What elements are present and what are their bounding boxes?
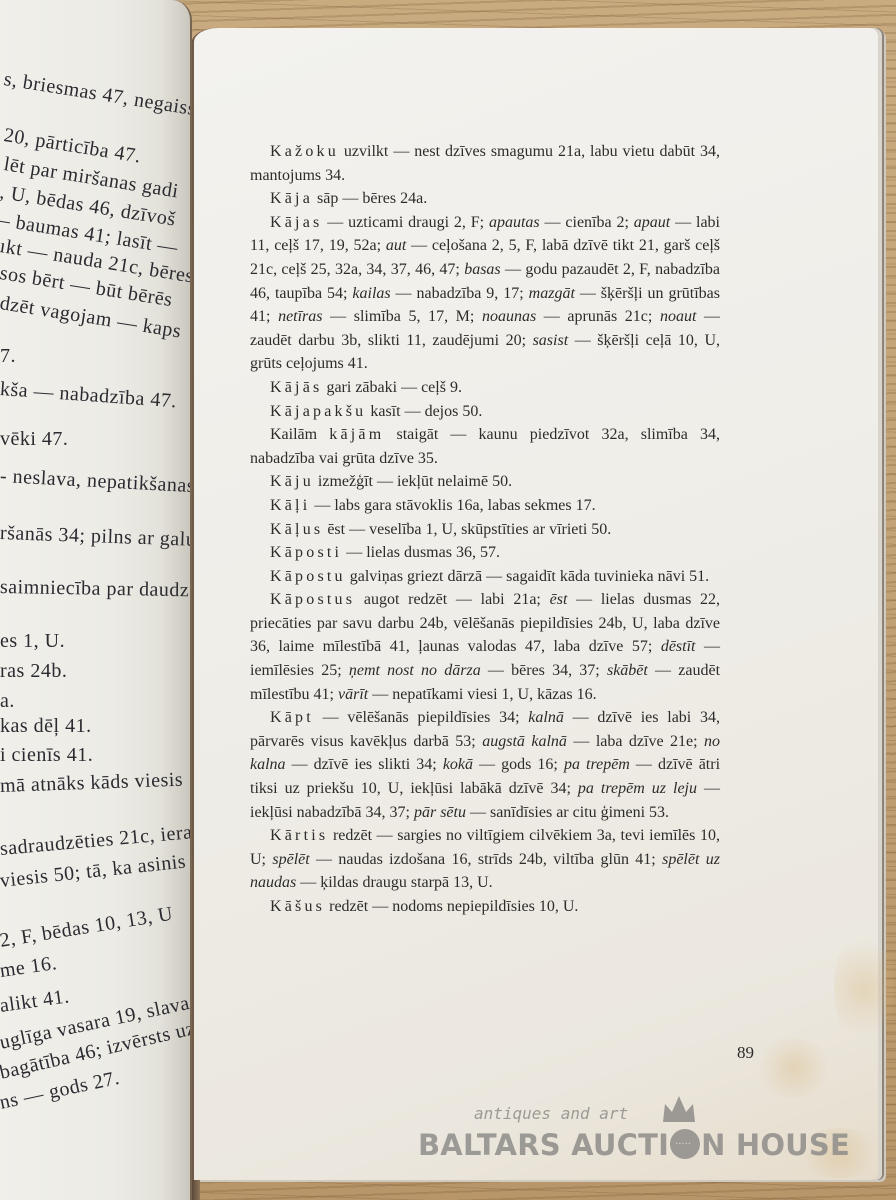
dictionary-entry: Kājas — uzticami draugi 2, F; apautas — …	[250, 211, 720, 376]
page-number: 89	[737, 1043, 754, 1063]
dictionary-entry: Kājapakšu kasīt — dejos 50.	[250, 400, 720, 424]
dictionary-entry: Kailām kājām staigāt — kaunu piedzīvot 3…	[250, 423, 720, 470]
entry-headword: Kāpostus	[270, 591, 355, 608]
left-page-line: mā atnāks kāds viesis	[0, 769, 184, 798]
entry-headword: Kāposti	[270, 544, 342, 561]
entry-definition: redzēt — nodoms nepiepildīsies 10, U.	[325, 898, 578, 915]
entry-headword: Kāļus	[270, 521, 323, 538]
entry-definition: kasīt — dejos 50.	[366, 403, 482, 420]
entry-definition: ēst — veselība 1, U, skūpstīties ar vīri…	[323, 521, 611, 538]
left-page-line: 2, F, bēdas 10, 13, U	[0, 903, 175, 953]
entry-headword: Kāju	[270, 473, 314, 490]
dictionary-entry: Kāļus ēst — veselība 1, U, skūpstīties a…	[250, 518, 720, 542]
dictionary-entry: Kāpt — vēlēšanās piepildīsies 34; kalnā …	[250, 706, 720, 824]
left-page-line: alikt 41.	[0, 985, 71, 1018]
dictionary-entry: Kāposti — lielas dusmas 36, 57.	[250, 541, 720, 565]
left-page-line: kša — nabadzība 47.	[0, 378, 178, 413]
entry-headword: Kājās	[270, 379, 322, 396]
entry-headword: Kājapakšu	[270, 403, 366, 420]
left-page-line: 7.	[0, 345, 16, 368]
dictionary-entry: Kāju izmežģīt — iekļūt nelaimē 50.	[250, 470, 720, 494]
right-page: Kažoku uzvilkt — nest dzīves smagumu 21a…	[192, 28, 878, 1180]
entry-definition: — vēlēšanās piepildīsies 34; kalnā — dzī…	[250, 709, 720, 820]
entry-headword: Kārtis	[270, 827, 328, 844]
dictionary-entries: Kažoku uzvilkt — nest dzīves smagumu 21a…	[250, 140, 720, 919]
left-page-line: kas dēļ 41.	[0, 715, 92, 738]
gutter-shadow	[160, 0, 190, 1200]
entry-definition: sāp — bēres 24a.	[313, 190, 427, 207]
entry-definition: galviņas griezt dārzā — sagaidīt kāda tu…	[346, 568, 709, 585]
left-page-line: es 1, U.	[0, 630, 65, 653]
entry-definition: izmežģīt — iekļūt nelaimē 50.	[314, 473, 512, 490]
dictionary-entry: Kāšus redzēt — nodoms nepiepildīsies 10,…	[250, 895, 720, 919]
left-page-line: vēki 47.	[0, 428, 68, 451]
entry-definition: — lielas dusmas 36, 57.	[342, 544, 500, 561]
watermark-o-badge	[670, 1129, 700, 1159]
watermark-tagline: antiques and art	[474, 1104, 628, 1123]
entry-headword: Kāļi	[270, 497, 310, 514]
entry-prefix: Kailām	[270, 426, 329, 443]
entry-definition: gari zābaki — ceļš 9.	[322, 379, 462, 396]
watermark: antiques and art BALTARS AUCTIN HOUSE	[418, 1104, 818, 1168]
dictionary-entry: Kājās gari zābaki — ceļš 9.	[250, 376, 720, 400]
dictionary-entry: Kārtis redzēt — sargies no viltīgiem cil…	[250, 824, 720, 895]
entry-headword: Kāpt	[270, 709, 314, 726]
entry-headword: Kājas	[270, 214, 322, 231]
paper-stain	[834, 928, 894, 1048]
left-page-line: a.	[0, 690, 15, 713]
dictionary-entry: Kažoku uzvilkt — nest dzīves smagumu 21a…	[250, 140, 720, 187]
left-page-line: i cienīs 41.	[0, 744, 93, 767]
left-page: s, briesmas 47, negaiss20, pārticība 47.…	[0, 0, 192, 1200]
watermark-brand: BALTARS AUCTIN HOUSE	[418, 1128, 850, 1162]
dictionary-entry: Kāpostus augot redzēt — labi 21a; ēst — …	[250, 588, 720, 706]
left-page-line: ras 24b.	[0, 660, 67, 683]
dictionary-entry: Kāja sāp — bēres 24a.	[250, 187, 720, 211]
entry-definition: — uzticami draugi 2, F; apautas — cienīb…	[250, 214, 720, 373]
dictionary-entry: Kāpostu galviņas griezt dārzā — sagaidīt…	[250, 565, 720, 589]
crown-icon	[661, 1096, 697, 1124]
entry-headword: kājām	[329, 426, 384, 443]
entry-definition: — labs gara stāvoklis 16a, labas sekmes …	[310, 497, 595, 514]
entry-headword: Kāpostu	[270, 568, 346, 585]
left-page-line: me 16.	[0, 952, 58, 983]
entry-headword: Kāja	[270, 190, 313, 207]
paper-stain	[754, 1038, 834, 1098]
dictionary-entry: Kāļi — labs gara stāvoklis 16a, labas se…	[250, 494, 720, 518]
entry-headword: Kāšus	[270, 898, 325, 915]
entry-headword: Kažoku	[270, 143, 339, 160]
